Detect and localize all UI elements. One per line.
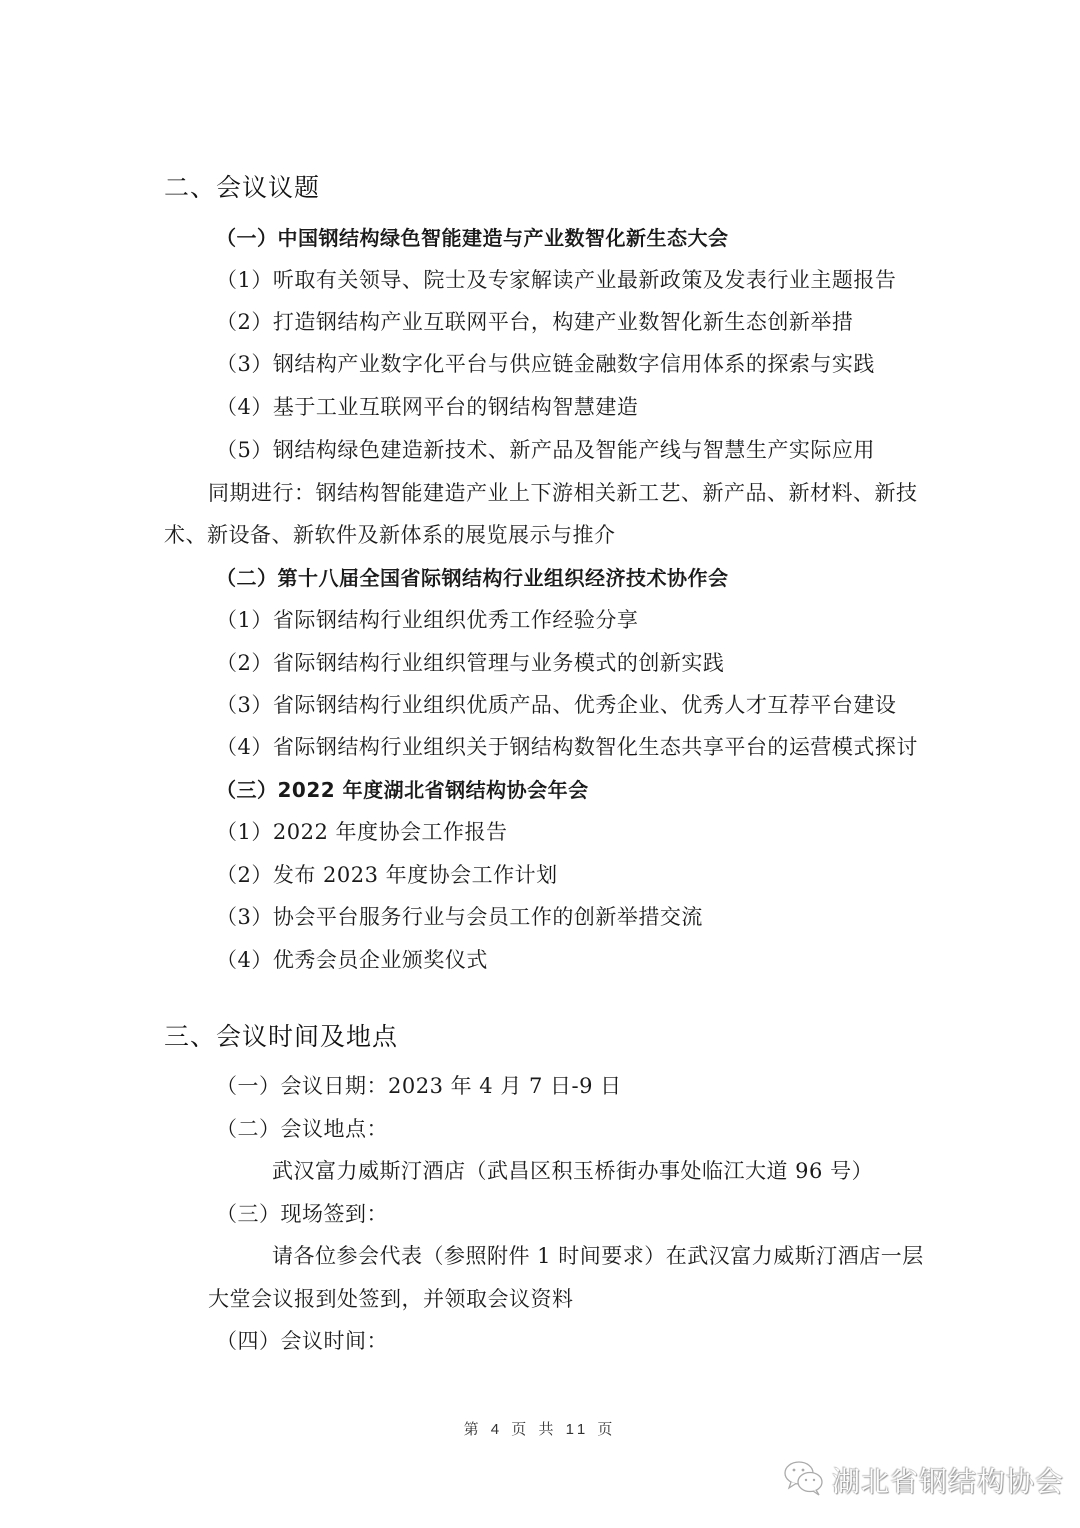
list-item: （5）钢结构绿色建造新技术、新产品及智能产线与智慧生产实际应用 xyxy=(216,436,875,464)
time-label: （四）会议时间： xyxy=(216,1327,388,1355)
page-number: 第 4 页 共 11 页 xyxy=(0,1418,1080,1439)
paragraph: 大堂会议报到处签到，并领取会议资料 xyxy=(208,1285,574,1313)
list-item: （1）2022 年度协会工作报告 xyxy=(216,818,507,846)
list-item: （2）打造钢结构产业互联网平台，构建产业数智化新生态创新举措 xyxy=(216,308,853,336)
list-item: （4）优秀会员企业颁奖仪式 xyxy=(216,946,488,974)
paragraph: 请各位参会代表（参照附件 1 时间要求）在武汉富力威斯汀酒店一层 xyxy=(272,1242,924,1270)
venue-label: （二）会议地点： xyxy=(216,1115,388,1143)
paragraph: 术、新设备、新软件及新体系的展览展示与推介 xyxy=(164,521,616,549)
subsection-title: （一）中国钢结构绿色智能建造与产业数智化新生态大会 xyxy=(216,224,729,252)
list-item: （3）钢结构产业数字化平台与供应链金融数字信用体系的探索与实践 xyxy=(216,350,875,378)
checkin-label: （三）现场签到： xyxy=(216,1200,388,1228)
section-title: 二、会议议题 xyxy=(164,172,320,204)
list-item: （2）省际钢结构行业组织管理与业务模式的创新实践 xyxy=(216,649,724,677)
list-item: （1）听取有关领导、院士及专家解读产业最新政策及发表行业主题报告 xyxy=(216,266,896,294)
list-item: （2）发布 2023 年度协会工作计划 xyxy=(216,861,558,889)
watermark: 湖北省钢结构协会 xyxy=(782,1458,1064,1502)
subsection-title: （二）第十八届全国省际钢结构行业组织经济技术协作会 xyxy=(216,564,729,592)
venue-address: 武汉富力威斯汀酒店（武昌区积玉桥街办事处临江大道 96 号） xyxy=(272,1157,873,1185)
paragraph: 同期进行：钢结构智能建造产业上下游相关新工艺、新产品、新材料、新技 xyxy=(208,479,918,507)
list-item: （3）省际钢结构行业组织优质产品、优秀企业、优秀人才互荐平台建设 xyxy=(216,691,896,719)
watermark-text: 湖北省钢结构协会 xyxy=(832,1460,1064,1500)
list-item: （4）基于工业互联网平台的钢结构智慧建造 xyxy=(216,393,638,421)
meeting-date: （一）会议日期：2023 年 4 月 7 日-9 日 xyxy=(216,1072,622,1100)
list-item: （1）省际钢结构行业组织优秀工作经验分享 xyxy=(216,606,638,634)
list-item: （3）协会平台服务行业与会员工作的创新举措交流 xyxy=(216,903,703,931)
wechat-icon xyxy=(782,1458,826,1502)
list-item: （4）省际钢结构行业组织关于钢结构数智化生态共享平台的运营模式探讨 xyxy=(216,733,918,761)
section-title: 三、会议时间及地点 xyxy=(164,1021,398,1053)
subsection-title: （三）2022 年度湖北省钢结构协会年会 xyxy=(216,776,589,804)
